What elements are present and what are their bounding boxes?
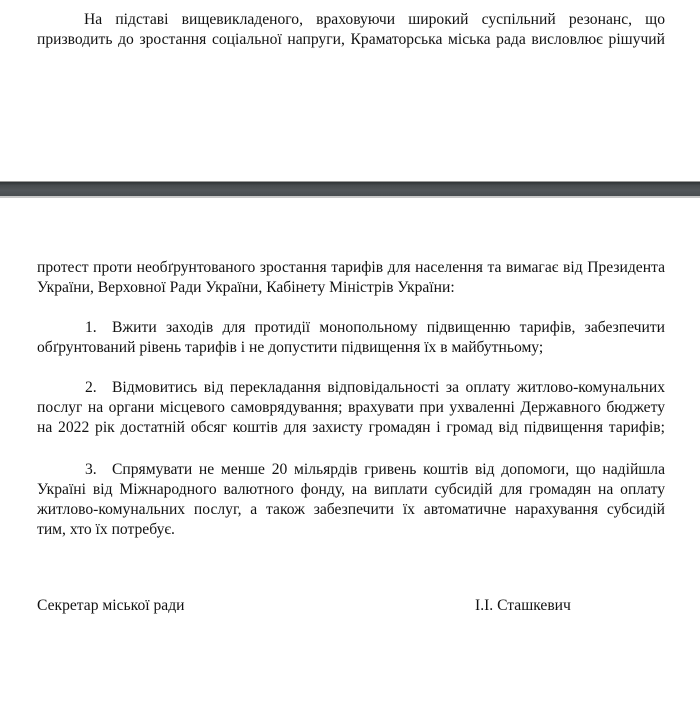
- demand-line: обґрунтований рівень тарифів і не допуст…: [37, 338, 665, 358]
- intro-paragraph: На підставі вищевикладеного, враховуючи …: [37, 10, 665, 50]
- intro-line-2: призводить до зростання соціальної напру…: [37, 30, 665, 50]
- signatory-name: І.І. Сташкевич: [475, 596, 571, 616]
- demand-line: на 2022 рік достатній обсяг коштів для з…: [37, 418, 665, 438]
- demand-item-2: 2. Відмовитись від перекладання відповід…: [37, 378, 665, 438]
- continuation-paragraph: протест проти необґрунтованого зростання…: [37, 258, 665, 298]
- signatory-role: Секретар міської ради: [37, 596, 184, 616]
- demand-number: 2.: [85, 378, 112, 398]
- document-page-2: протест проти необґрунтованого зростання…: [0, 198, 700, 706]
- demand-item-3: 3. Спрямувати не менше 20 мільярдів грив…: [37, 460, 665, 540]
- demand-line: Україні від Міжнародного валютного фонду…: [37, 480, 665, 500]
- demand-line: Спрямувати не менше 20 мільярдів гривень…: [112, 460, 665, 480]
- document-page-1: На підставі вищевикладеного, враховуючи …: [0, 0, 700, 182]
- demand-line: послуг на органи місцевого самоврядуванн…: [37, 398, 665, 418]
- page-separator: [0, 181, 700, 198]
- demand-line: Відмовитись від перекладання відповідаль…: [112, 378, 665, 398]
- intro-line-1: На підставі вищевикладеного, враховуючи …: [37, 10, 665, 30]
- demand-line: Вжити заходів для протидії монопольному …: [112, 318, 665, 338]
- continuation-line-1: протест проти необґрунтованого зростання…: [37, 258, 665, 278]
- demand-number: 1.: [85, 318, 112, 338]
- demand-number: 3.: [85, 460, 112, 480]
- demand-item-1: 1. Вжити заходів для протидії монопольно…: [37, 318, 665, 358]
- continuation-line-2: України, Верховної Ради України, Кабінет…: [37, 278, 665, 298]
- demand-line: житлово-комунальних послуг, а також забе…: [37, 500, 665, 520]
- demand-line: тим, хто їх потребує.: [37, 520, 665, 540]
